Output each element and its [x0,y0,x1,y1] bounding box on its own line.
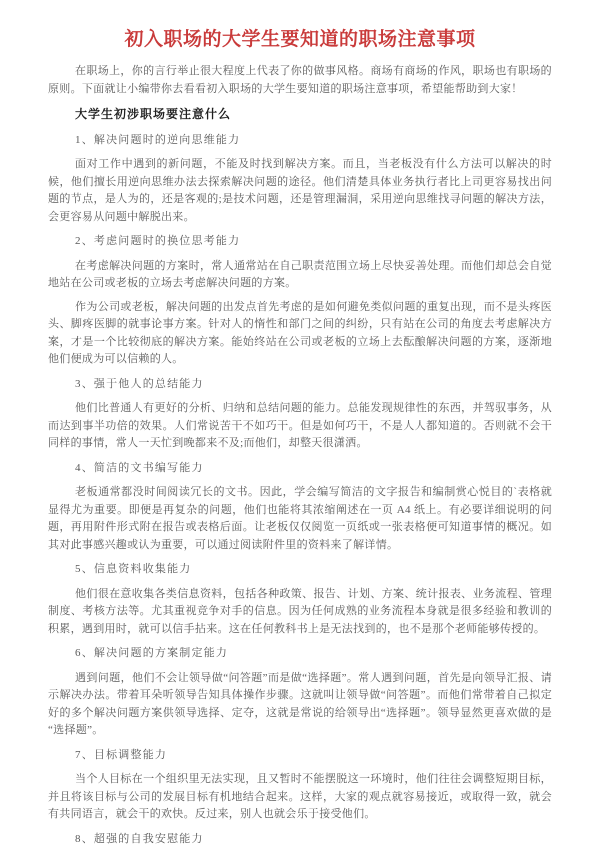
article-section: 1、解决问题时的逆向思维能力 面对工作中遇到的新问题，不能及时找到解决方案。而且… [48,132,552,227]
article-section: 2、考虑问题时的换位思考能力 在考虑解决问题的方案时，常人通常站在自己职责范围立… [48,233,552,369]
page-title: 初入职场的大学生要知道的职场注意事项 [48,26,552,52]
article-section: 5、信息资料收集能力 他们很在意收集各类信息资料，包括各种政策、报告、计划、方案… [48,561,552,638]
section-heading: 1、解决问题时的逆向思维能力 [48,132,552,150]
section-paragraph: 他们比普通人有更好的分析、归纳和总结问题的能力。总能发现规律性的东西，并驾驭事务… [48,400,552,453]
section-heading: 8、超强的自我安慰能力 [48,831,552,849]
section-heading: 6、解决问题的方案制定能力 [48,645,552,663]
section-paragraph: 在考虑解决问题的方案时，常人通常站在自己职责范围立场上尽快妥善处理。而他们却总会… [48,258,552,293]
section-heading: 4、简洁的文书编写能力 [48,460,552,478]
section-heading: 2、考虑问题时的换位思考能力 [48,233,552,251]
section-paragraph: 面对工作中遇到的新问题，不能及时找到解决方案。而且，当老板没有什么方法可以解决的… [48,156,552,226]
article-section: 3、强于他人的总结能力 他们比普通人有更好的分析、归纳和总结问题的能力。总能发现… [48,376,552,453]
section-paragraph: 作为公司或老板，解决问题的出发点首先考虑的是如何避免类似问题的重复出现，而不是头… [48,299,552,369]
section-paragraph: 老板通常都没时间阅读冗长的文书。因此，学会编写简洁的文字报告和编制赏心悦目的`表… [48,484,552,554]
section-heading: 7、目标调整能力 [48,747,552,765]
section-paragraph: 遇到问题，他们不会让领导做“问答题”而是做“选择题”。常人遇到问题，首先是向领导… [48,670,552,740]
section-heading: 5、信息资料收集能力 [48,561,552,579]
section-heading: 3、强于他人的总结能力 [48,376,552,394]
article-section: 6、解决问题的方案制定能力 遇到问题，他们不会让领导做“问答题”而是做“选择题”… [48,645,552,740]
section-paragraph: 当个人目标在一个组织里无法实现，且又暂时不能摆脱这一环境时，他们往往会调整短期目… [48,771,552,824]
article-page: 初入职场的大学生要知道的职场注意事项 在职场上，你的言行举止很大程度上代表了你的… [0,0,600,849]
section-paragraph: 他们很在意收集各类信息资料，包括各种政策、报告、计划、方案、统计报表、业务流程、… [48,586,552,639]
sections-container: 1、解决问题时的逆向思维能力 面对工作中遇到的新问题，不能及时找到解决方案。而且… [48,132,552,849]
article-section: 4、简洁的文书编写能力 老板通常都没时间阅读冗长的文书。因此，学会编写简洁的文字… [48,460,552,555]
article-section: 8、超强的自我安慰能力 [48,831,552,849]
intro-paragraph: 在职场上，你的言行举止很大程度上代表了你的做事风格。商场有商场的作风，职场也有职… [48,63,552,98]
article-section: 7、目标调整能力 当个人目标在一个组织里无法实现，且又暂时不能摆脱这一环境时，他… [48,747,552,824]
sub-heading: 大学生初涉职场要注意什么 [48,106,552,124]
